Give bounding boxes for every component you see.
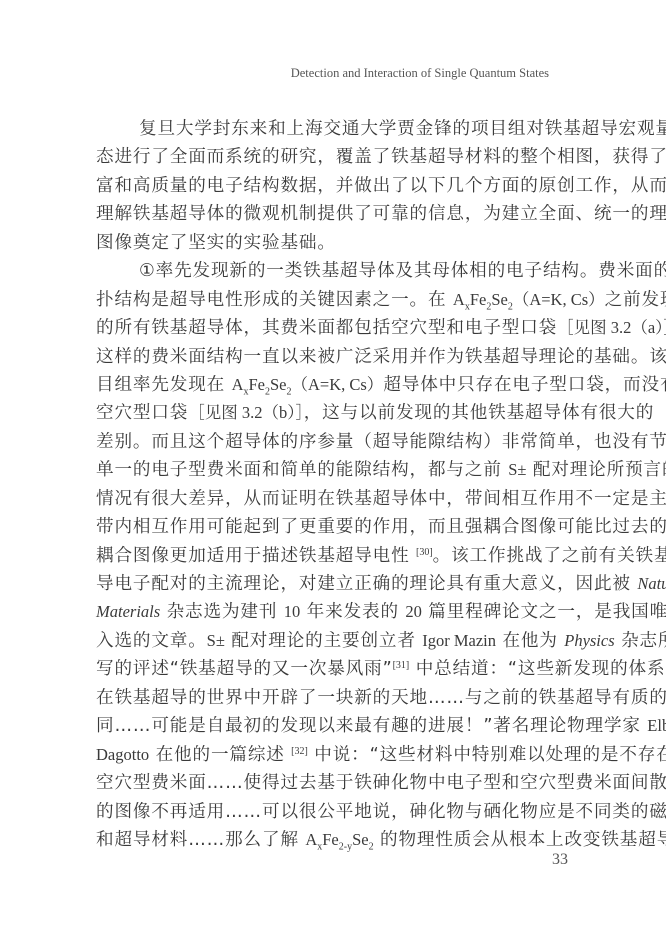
journal-name: Physics <box>564 631 614 650</box>
chemical-formula: AxFe2-ySe2 <box>305 830 373 849</box>
text-segment: 和超导材料……那么了解 <box>96 830 305 850</box>
text-line: 同……可能是自最初的发现以来最有趣的进展！”著名理论物理学家 Elbio <box>96 712 572 740</box>
text-segment: 篇里程碑论文之一，是我国唯一 <box>422 602 666 622</box>
text-segment: 杂志选为建刊 <box>160 602 284 622</box>
text-segment: 中总结道：“这些新发现的体系 <box>409 659 665 679</box>
journal-name: Materials <box>96 602 160 621</box>
text-line: 复旦大学封东来和上海交通大学贾金锋的项目组对铁基超导宏观量子 <box>96 115 572 143</box>
page-number: 33 <box>552 851 568 869</box>
text-line: 空穴型费米面……使得过去基于铁砷化物中电子型和空穴型费米面间散射 <box>96 769 572 797</box>
text-segment: ，这与以前发现的其他铁基超导体有很大的 <box>304 403 654 423</box>
text-line: 态进行了全面而系统的研究，覆盖了铁基超导材料的整个相图，获得了丰 <box>96 143 572 171</box>
text-line: 耦合图像更加适用于描述铁基超导电性 [30]。该工作挑战了之前有关铁基超 <box>96 542 572 570</box>
text-line: 这样的费米面结构一直以来被广泛采用并作为铁基超导理论的基础。该项 <box>96 343 572 371</box>
person-name: Dagotto <box>96 745 149 764</box>
text-line: 带内相互作用可能起到了更重要的作用，而且强耦合图像可能比过去的弱 <box>96 513 572 541</box>
text-segment: 空穴型口袋 <box>96 403 188 423</box>
text-line: ①率先发现新的一类铁基超导体及其母体相的电子结构。费米面的拓 <box>96 257 572 285</box>
running-header: Detection and Interaction of Single Quan… <box>291 66 549 81</box>
text-line: 的所有铁基超导体，其费米面都包括空穴型和电子型口袋［见图 3.2（a）］。 <box>96 314 572 342</box>
text-line: 差别。而且这个超导体的序参量（超导能隙结构）非常简单，也没有节点。 <box>96 428 572 456</box>
text-segment: 写的评述“铁基超导的又一次暴风雨” <box>96 659 393 679</box>
text-line: 扑结构是超导电性形成的关键因素之一。在 AxFe2Se2（A=K, Cs）之前发… <box>96 286 572 314</box>
text-line: 在铁基超导的世界中开辟了一块新的天地……与之前的铁基超导有质的不 <box>96 684 572 712</box>
citation-32[interactable]: [32] <box>291 746 308 757</box>
text-line: 富和高质量的电子结构数据，并做出了以下几个方面的原创工作，从而为 <box>96 172 572 200</box>
text-segment: 的物理性质会从根本上改变铁基超导 <box>374 830 666 850</box>
text-line: 的图像不再适用……可以很公平地说，砷化物与硒化物应是不同类的磁性 <box>96 798 572 826</box>
text-segment: 杂志所 <box>615 631 666 651</box>
text-line: 入选的文章。S± 配对理论的主要创立者 Igor Mazin 在他为 Physi… <box>96 627 572 655</box>
number: 20 <box>405 602 422 621</box>
text-segment: 在他为 <box>496 631 564 651</box>
text-line: 单一的电子型费米面和简单的能隙结构，都与之前 S± 配对理论所预言的 <box>96 456 572 484</box>
number: 10 <box>284 602 301 621</box>
text-line: 导电子配对的主流理论，对建立正确的理论具有重大意义，因此被 Nature <box>96 570 572 598</box>
chemical-formula: AxFe2Se2 <box>232 375 292 394</box>
formula-definition: （A=K, Cs） <box>513 290 605 309</box>
text-segment: 超导体中只存在电子型口袋，而没有 <box>383 375 666 395</box>
text-segment: 目组率先发现在 <box>96 375 232 395</box>
text-segment: 耦合图像更加适用于描述铁基超导电性 <box>96 546 416 566</box>
text-segment: 扑结构是超导电性形成的关键因素之一。在 <box>96 290 453 310</box>
text-segment: 单一的电子型费米面和简单的能隙结构，都与之前 <box>96 460 508 480</box>
text-line: 情况有很大差异，从而证明在铁基超导体中，带间相互作用不一定是主导， <box>96 485 572 513</box>
s-pm-symbol: S± <box>207 631 225 650</box>
text-segment: 。该工作挑战了之前有关铁基超 <box>433 546 666 566</box>
text-segment: 配对理论所预言的 <box>526 460 666 480</box>
text-line: Materials 杂志选为建刊 10 年来发表的 20 篇里程碑论文之一，是我… <box>96 598 572 626</box>
text-segment: 在他的一篇综述 <box>149 745 291 765</box>
text-segment: 导电子配对的主流理论，对建立正确的理论具有重大意义，因此被 <box>96 574 637 594</box>
chemical-formula: AxFe2Se2 <box>453 290 513 309</box>
text-segment: 入选的文章。 <box>96 631 207 651</box>
text-segment: 同……可能是自最初的发现以来最有趣的进展！”著名理论物理学家 <box>96 716 647 736</box>
text-line: 理解铁基超导体的微观机制提供了可靠的信息，为建立全面、统一的理论 <box>96 200 572 228</box>
text-line: Dagotto 在他的一篇综述 [32] 中说：“这些材料中特别难以处理的是不存… <box>96 741 572 769</box>
figure-reference: ［见图 3.2（a）］。 <box>557 318 666 337</box>
text-segment: 配对理论的主要创立者 <box>225 631 422 651</box>
figure-reference: ［见图 3.2（b）］ <box>188 403 304 422</box>
book-page: Detection and Interaction of Single Quan… <box>0 0 666 930</box>
citation-30[interactable]: [30] <box>416 547 433 558</box>
formula-definition: （A=K, Cs） <box>291 375 383 394</box>
body-text: 复旦大学封东来和上海交通大学贾金锋的项目组对铁基超导宏观量子 态进行了全面而系统… <box>96 115 572 854</box>
text-segment: 之前发现 <box>605 290 666 310</box>
person-name: Igor Mazin <box>422 631 496 650</box>
s-pm-symbol: S± <box>508 460 526 479</box>
text-line: 目组率先发现在 AxFe2Se2（A=K, Cs）超导体中只存在电子型口袋，而没… <box>96 371 572 399</box>
journal-name: Nature <box>637 574 666 593</box>
person-name: Elbio <box>647 716 666 735</box>
citation-31[interactable]: [31] <box>393 660 410 671</box>
text-segment: 年来发表的 <box>300 602 405 622</box>
text-segment: 的所有铁基超导体，其费米面都包括空穴型和电子型口袋 <box>96 318 557 338</box>
text-line: 和超导材料……那么了解 AxFe2-ySe2 的物理性质会从根本上改变铁基超导 <box>96 826 572 854</box>
text-line: 图像奠定了坚实的实验基础。 <box>96 229 572 257</box>
text-line: 写的评述“铁基超导的又一次暴风雨”[31] 中总结道：“这些新发现的体系 <box>96 655 572 683</box>
text-segment: 中说：“这些材料中特别难以处理的是不存在 <box>308 745 666 765</box>
text-line: 空穴型口袋［见图 3.2（b）］，这与以前发现的其他铁基超导体有很大的 <box>96 399 572 427</box>
